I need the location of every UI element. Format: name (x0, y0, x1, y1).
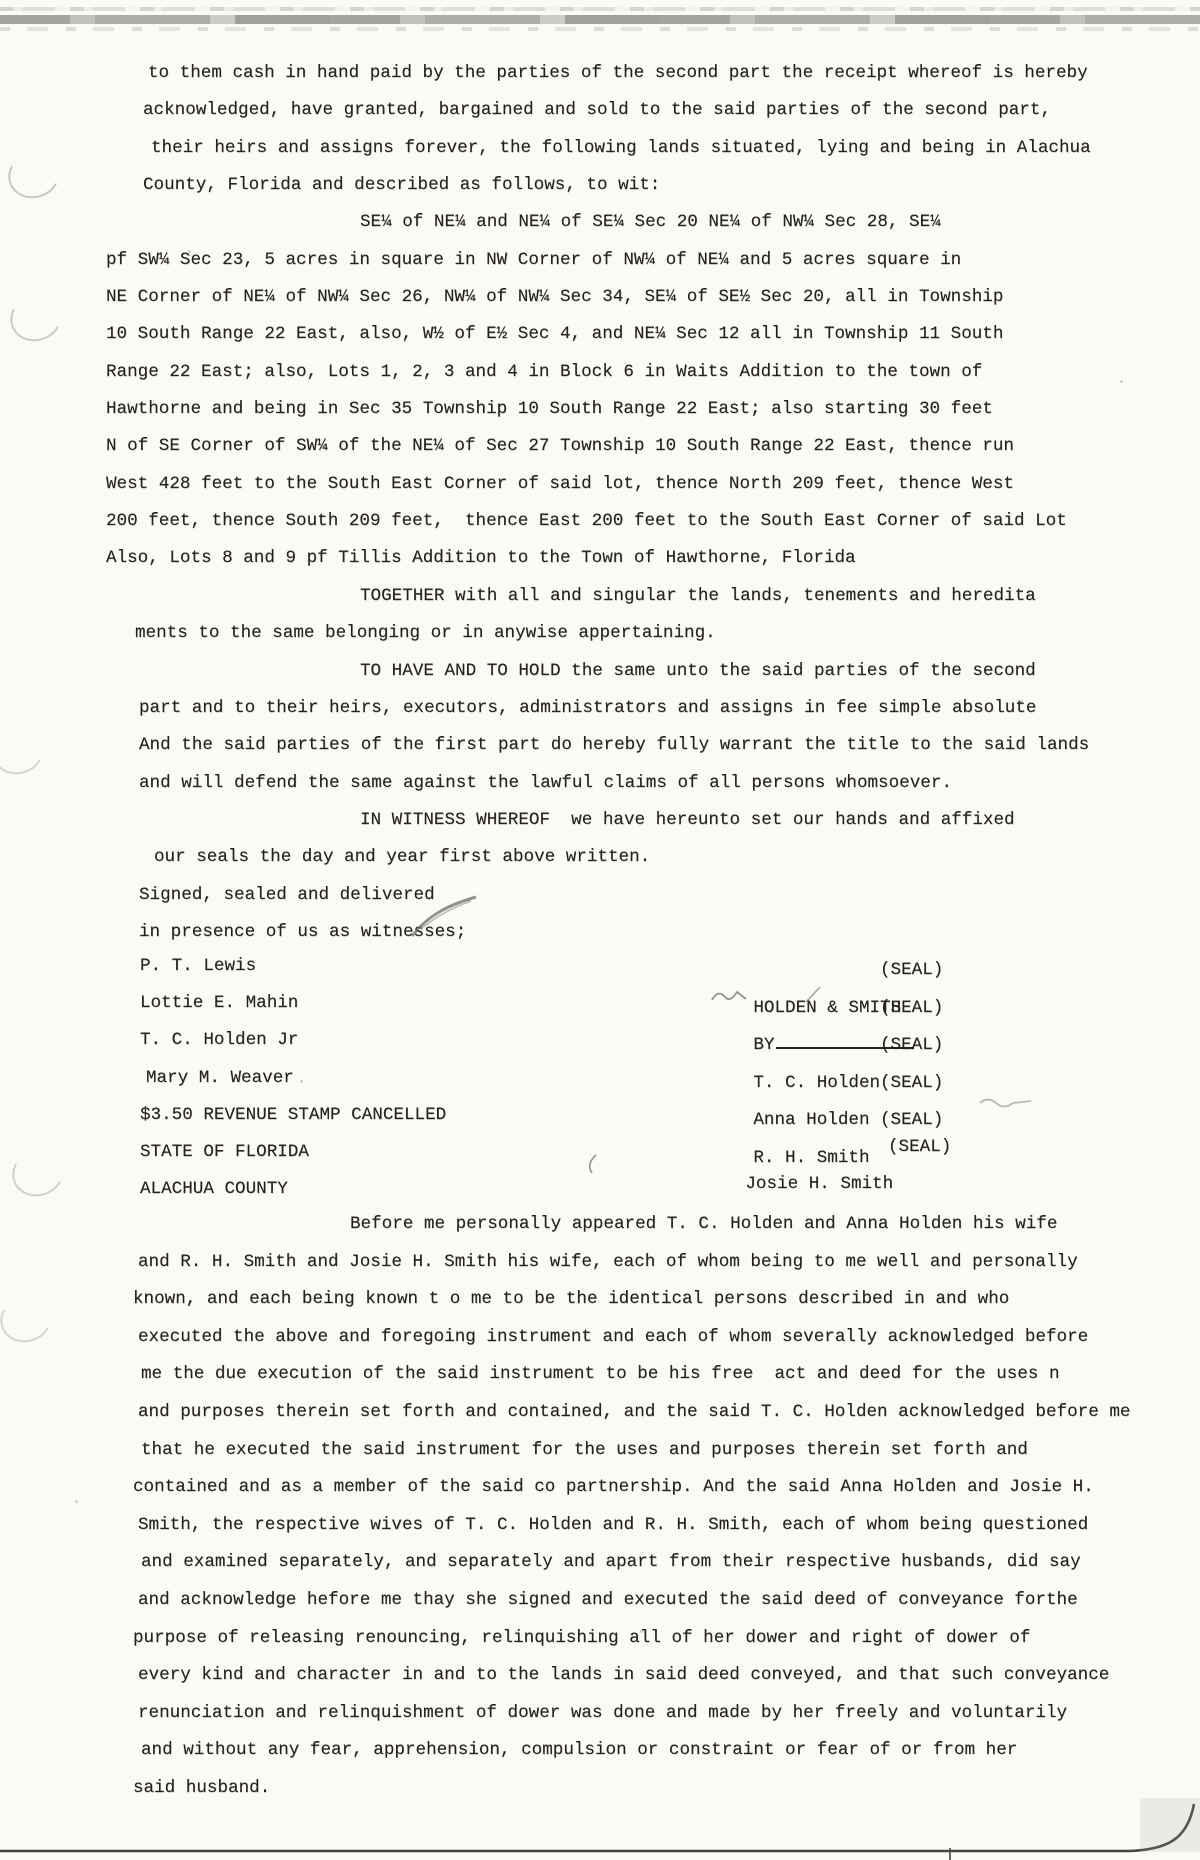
acknowledgment-line: said husband. (133, 1770, 1168, 1808)
witness-column: P. T. Lewis Lottie E. Mahin T. C. Holden… (140, 948, 446, 1208)
acknowledgment-line: me the due execution of the said instrum… (141, 1356, 1168, 1394)
deed-text-line: their heirs and assigns forever, the fol… (151, 130, 1158, 167)
hole-punch-mark (4, 288, 68, 348)
witness-name: P. T. Lewis (140, 948, 446, 985)
signature-row: Josie H. Smith (SEAL) (690, 1129, 1020, 1167)
witness-clause-line: our seals the day and year first above w… (148, 839, 1158, 876)
seal-label: (SEAL) (888, 1129, 951, 1167)
legal-description-line: NE Corner of NE¼ of NW¼ Sec 26, NW¼ of N… (106, 279, 1158, 316)
attestation-line: in presence of us as witnesses; (139, 914, 1158, 951)
attestation-line: Signed, sealed and delivered (139, 877, 1158, 914)
witness-name: Mary M. Weaver (140, 1060, 446, 1097)
pen-curl-mark (590, 1155, 596, 1173)
legal-description-line: Range 22 East; also, Lots 1, 2, 3 and 4 … (106, 354, 1158, 391)
deed-text-line: to them cash in hand paid by the parties… (148, 55, 1158, 92)
acknowledgment-line: known, and each being known t o me to be… (133, 1281, 1168, 1319)
signature-row: HOLDEN & SMITH (SEAL) (690, 952, 1020, 990)
acknowledgment-line: and acknowledge hefore me thay she signe… (138, 1582, 1168, 1620)
habendum-clause-line: and will defend the same against the law… (139, 765, 1158, 802)
together-clause-line: ments to the same belonging or in anywis… (135, 615, 1158, 652)
witness-name: Lottie E. Mahin (140, 985, 446, 1022)
scan-artifact-band (0, 27, 1200, 31)
legal-description-line: SE¼ of NE¼ and NE¼ of SE¼ Sec 20 NE¼ of … (148, 204, 1158, 241)
seal-label: (SEAL) (880, 1027, 943, 1065)
signature-row: T. C. Holden (SEAL) (690, 1027, 1020, 1065)
page-bottom-edge-line (0, 1804, 1194, 1851)
acknowledgment-line: and examined separately, and separately … (141, 1544, 1168, 1582)
legal-description-line: 10 South Range 22 East, also, W½ of E½ S… (106, 316, 1158, 353)
acknowledgment-line: and without any fear, apprehension, comp… (141, 1732, 1168, 1770)
hole-punch-mark (6, 1143, 70, 1203)
seal-label: (SEAL) (880, 990, 943, 1028)
jurisdiction-state: STATE OF FLORIDA (140, 1134, 446, 1171)
habendum-clause-line: And the said parties of the first part d… (139, 727, 1158, 764)
legal-description-line: Hawthorne and being in Sec 35 Township 1… (106, 391, 1158, 428)
jurisdiction-county: ALACHUA COUNTY (140, 1171, 446, 1208)
acknowledgment-line: purpose of releasing renouncing, relinqu… (133, 1620, 1168, 1658)
habendum-clause-line: part and to their heirs, executors, admi… (139, 690, 1158, 727)
acknowledgment-line: that he executed the said instrument for… (141, 1432, 1168, 1470)
scan-artifact-band (0, 7, 1200, 11)
deed-text-line: County, Florida and described as follows… (143, 167, 1158, 204)
acknowledgment-line: renunciation and relinquishment of dower… (138, 1695, 1168, 1733)
acknowledgment-line: and purposes therein set forth and conta… (138, 1394, 1168, 1432)
hole-punch-mark (0, 721, 50, 781)
seal-label: (SEAL) (880, 1065, 943, 1103)
acknowledgment-line: executed the above and foregoing instrum… (138, 1319, 1168, 1357)
hole-punch-mark (0, 1289, 58, 1349)
legal-description-line: West 428 feet to the South East Corner o… (106, 466, 1158, 503)
acknowledgment-line: and R. H. Smith and Josie H. Smith his w… (138, 1244, 1168, 1282)
legal-description-line: Also, Lots 8 and 9 pf Tillis Addition to… (106, 540, 1158, 577)
deed-text-line: acknowledged, have granted, bargained an… (143, 92, 1158, 129)
witness-name: T. C. Holden Jr (140, 1022, 446, 1059)
acknowledgment-line: Smith, the respective wives of T. C. Hol… (138, 1507, 1168, 1545)
together-clause-line: TOGETHER with all and singular the lands… (148, 578, 1158, 615)
revenue-stamp-note: $3.50 REVENUE STAMP CANCELLED (140, 1097, 446, 1134)
signature-row: BY (SEAL) (690, 990, 1020, 1028)
legal-description-line: 200 feet, thence South 209 feet, thence … (106, 503, 1158, 540)
deed-body-text: to them cash in hand paid by the parties… (148, 55, 1158, 951)
acknowledgment-text: Before me personally appeared T. C. Hold… (138, 1206, 1168, 1808)
scan-artifact-band (0, 15, 1200, 24)
scanned-deed-page: to them cash in hand paid by the parties… (0, 0, 1200, 1860)
legal-description-line: N of SE Corner of SW¼ of the NE¼ of Sec … (106, 428, 1158, 465)
acknowledgment-line: Before me personally appeared T. C. Hold… (138, 1206, 1168, 1244)
acknowledgment-line: every kind and character in and to the l… (138, 1657, 1168, 1695)
acknowledgment-line: contained and as a member of the said co… (133, 1469, 1168, 1507)
legal-description-line: pf SW¼ Sec 23, 5 acres in square in NW C… (106, 242, 1158, 279)
seal-label: (SEAL) (880, 952, 943, 990)
signature-column: HOLDEN & SMITH (SEAL) BY (SEAL) T. C. Ho… (690, 952, 1020, 1166)
hole-punch-mark (2, 145, 66, 205)
signer-name: Josie H. Smith (745, 1174, 893, 1194)
habendum-clause-line: TO HAVE AND TO HOLD the same unto the sa… (148, 653, 1158, 690)
witness-clause-line: IN WITNESS WHEREOF we have hereunto set … (148, 802, 1158, 839)
signature-row: Anna Holden (SEAL) (690, 1065, 1020, 1103)
toner-speck (75, 1500, 78, 1503)
